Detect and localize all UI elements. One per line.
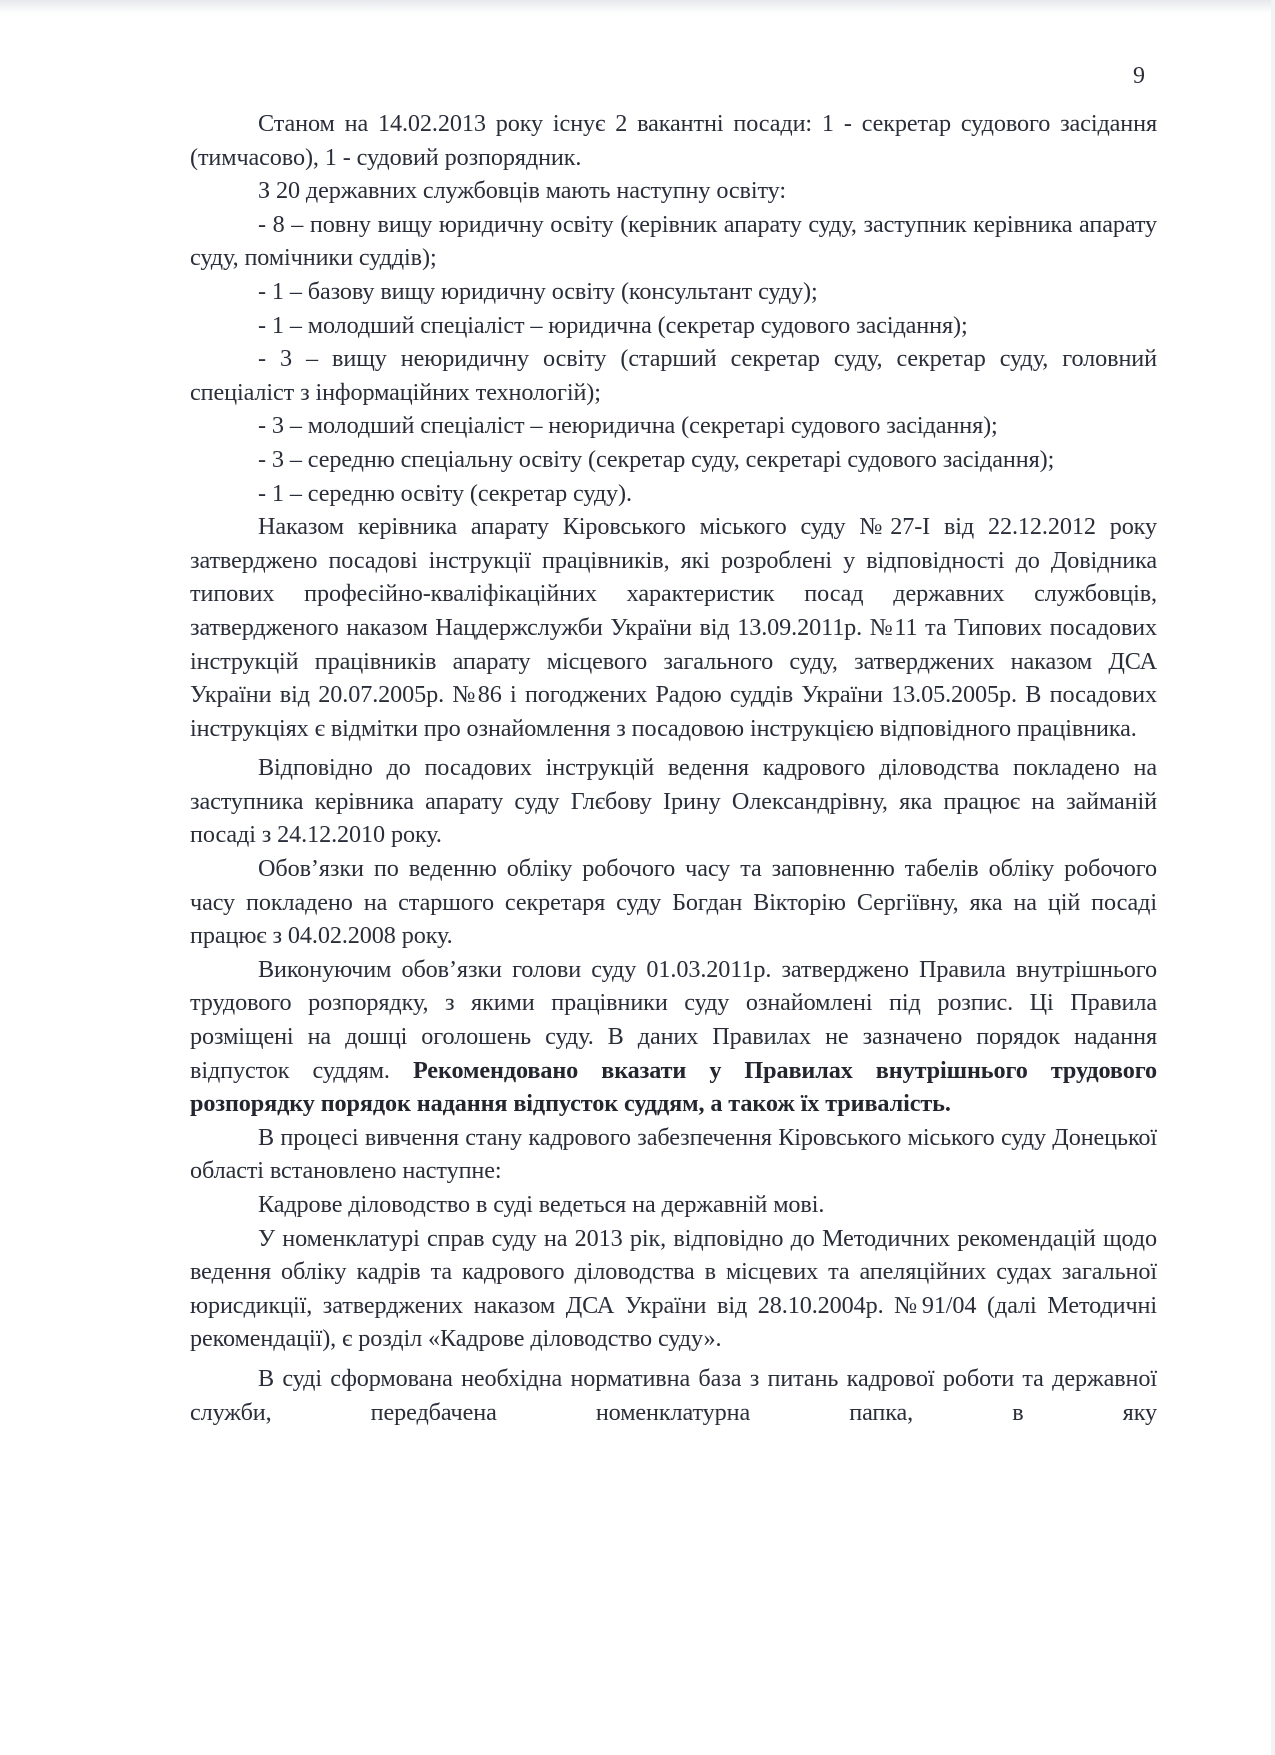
paragraph-hr-records-responsible: Відповідно до посадових інструкцій веден… — [190, 751, 1157, 852]
document-body: Станом на 14.02.2013 року існує 2 вакант… — [190, 107, 1157, 1429]
list-item-education: - 3 – молодший спеціаліст – неюридична (… — [190, 409, 1157, 443]
paragraph-state-language: Кадрове діловодство в суді ведеться на д… — [190, 1188, 1157, 1222]
list-item-education: - 3 – вищу неюридичну освіту (старший се… — [190, 342, 1157, 409]
paragraph-study-findings: В процесі вивчення стану кадрового забез… — [190, 1121, 1157, 1188]
list-item-education: - 1 – молодший спеціаліст – юридична (се… — [190, 309, 1157, 343]
paragraph-education-intro: З 20 державних службовців мають наступну… — [190, 174, 1157, 208]
paragraph-job-instructions: Наказом керівника апарату Кіровського мі… — [190, 510, 1157, 745]
paragraph-vacancies: Станом на 14.02.2013 року існує 2 вакант… — [190, 107, 1157, 174]
list-item-education: - 1 – середню освіту (секретар суду). — [190, 477, 1157, 511]
scan-edge-right — [1271, 0, 1275, 1755]
list-item-education: - 8 – повну вищу юридичну освіту (керівн… — [190, 208, 1157, 275]
paragraph-internal-rules: Виконуючим обов’язки голови суду 01.03.2… — [190, 953, 1157, 1121]
list-item-education: - 1 – базову вищу юридичну освіту (консу… — [190, 275, 1157, 309]
scan-edge-top — [0, 0, 1275, 14]
paragraph-timesheet-responsible: Обов’язки по веденню обліку робочого час… — [190, 852, 1157, 953]
list-item-education: - 3 – середню спеціальну освіту (секрета… — [190, 443, 1157, 477]
paragraph-normative-base: В суді сформована необхідна нормативна б… — [190, 1362, 1157, 1429]
page-number: 9 — [1133, 62, 1145, 90]
paragraph-nomenclature: У номенклатурі справ суду на 2013 рік, в… — [190, 1222, 1157, 1356]
